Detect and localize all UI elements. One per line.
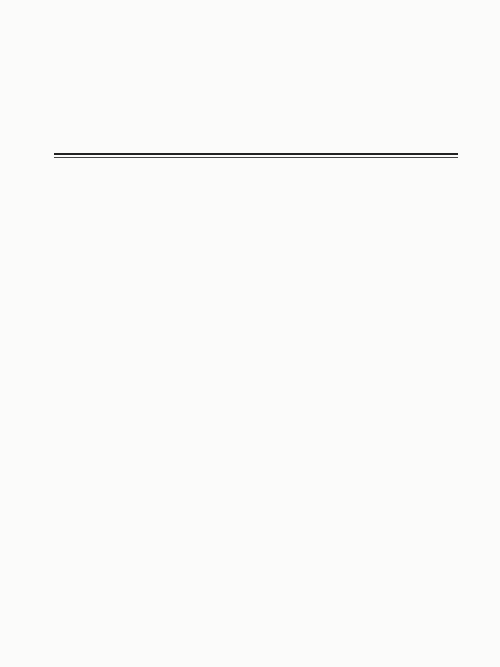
header-rule-thin [54, 157, 458, 158]
header-rule-thick [54, 153, 458, 155]
